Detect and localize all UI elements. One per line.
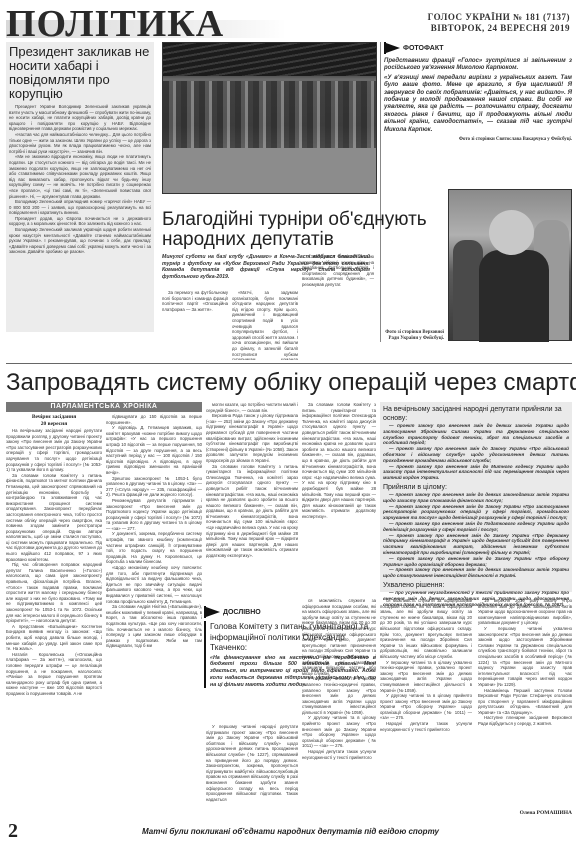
paragraph: ся можливість служити за офіцерськими по…	[380, 598, 472, 660]
paragraph: На вечірньому засіданні народні депутати…	[6, 428, 102, 473]
paragraph: Президент додав, що Європа починається н…	[9, 216, 151, 227]
decision-item: — проект закону про внесення змін до Под…	[383, 521, 569, 533]
paragraph: «Щодо механізму кешбеку хочу пояснити: д…	[106, 565, 202, 604]
paragraph: «Матчі, за задумом організаторів, були п…	[232, 290, 298, 360]
article-president: Президент закликав не носити хабарі і по…	[6, 42, 154, 332]
divider	[6, 363, 572, 364]
paragraph: У другому читанні та в цілому прийнято п…	[380, 693, 472, 721]
section-title: ПОЛІТИКА	[6, 4, 224, 44]
paragraph: Насамкінець Перший заступник Голови Верх…	[478, 688, 572, 716]
issue-date: ВІВТОРОК, 24 ВЕРЕСНЯ 2019	[428, 23, 570, 34]
rubric-bar: ПАРЛАМЕНТСЬКА ХРОНІКА	[6, 402, 202, 412]
meeting-photo	[448, 189, 572, 341]
paragraph: 19 вересня 2019 року закону «Про внесенн…	[478, 598, 572, 626]
decisions-box: На вечірньому засіданні народні депутати…	[380, 402, 572, 592]
paragraph: Народні депутати також усунули неузгодже…	[302, 749, 376, 760]
article-smartphone-col3b: У першому читанні народні депутати підтр…	[206, 724, 298, 816]
paragraph: могли казати, що потрібно чистити малий …	[206, 402, 298, 413]
paragraph: За перемогу на футбольному полі боролася…	[162, 290, 228, 312]
paragraph: Наступне пленарне засідання Верховної Ра…	[478, 715, 572, 726]
article-smartphone-headline: Запровадять систему обліку операцій чере…	[6, 370, 570, 396]
author-signature: Олена РОМАШИНА	[478, 810, 572, 816]
article-smartphone-col3-cont: За словами голови Комітету з питань гума…	[302, 402, 376, 602]
column-divider	[380, 42, 381, 342]
session-date: 20 вересня	[6, 421, 102, 428]
paragraph: У першому читанні та в цілому ухвалено т…	[380, 660, 472, 694]
article-football-col2: «Матчі, за задумом організаторів, були п…	[232, 290, 298, 360]
paragraph: Рекомендував депутатів підтримати і зако…	[106, 498, 202, 532]
paragraph: Президент України Володимир Зеленський з…	[9, 104, 151, 132]
decision-heading: Ухвалено рішення:	[383, 581, 569, 590]
article-smartphone-col3: могли казати, що потрібно чистити малий …	[206, 402, 298, 602]
fotofakt-box: ФОТОФАКТ Представники фракції «Голос» зу…	[384, 42, 572, 143]
article-president-headline: Президент закликав не носити хабарі і по…	[9, 45, 151, 101]
decision-item: — проект закону про внесення змін до Зак…	[383, 533, 569, 556]
decision-item: — проект закону про внесення змін до Зак…	[383, 504, 569, 521]
football-team-photo	[162, 42, 377, 194]
paragraph: У першому читанні та в цілому ухвалено т…	[302, 676, 376, 715]
article-smartphone-col4: ся можливість служити за офіцерськими по…	[302, 598, 376, 816]
paragraph: За словами Андрія Нікітіна («Батьківщина…	[106, 604, 202, 649]
article-football-credit: Фото зі сторінки Верховної Ради України …	[384, 330, 444, 342]
decision-item: — проект закону про внесення змін до дея…	[383, 492, 569, 504]
decision-item: — проект закону про внесення змін до Зак…	[383, 556, 569, 568]
paragraph: А представник «Батьківщини» Костянтин Бо…	[6, 624, 102, 652]
paragraph: Наталія Королевська («Опозиційна платфор…	[6, 652, 102, 697]
newspaper-name: ГОЛОС УКРАЇНИ № 181 (7137)	[428, 12, 570, 23]
paragraph: Володимир Зеленський закликав українців …	[9, 227, 151, 255]
decisions-intro: На вечірньому засіданні народні депутати…	[383, 405, 569, 423]
paragraph: У другому читанні та в цілому прийнято п…	[302, 715, 376, 749]
article-football-col1: За перемогу на футбольному полі боролася…	[162, 290, 228, 312]
fotofakt-quote: «У в'язниці мені передали вирізки з укра…	[384, 75, 572, 134]
article-football-col3: «Завершився чемпіонат благою справою: зі…	[302, 254, 374, 334]
paragraph: «Настав час для наймасштабнішого челендж…	[9, 132, 151, 154]
photo-caption: Матчі були покликані об'єднати народних …	[142, 827, 439, 836]
page-number: 2	[8, 820, 18, 843]
article-smartphone-col5: 19 вересня 2019 року закону «Про внесенн…	[478, 598, 572, 808]
article-smartphone-col1: На вечірньому засіданні народні депутати…	[6, 428, 102, 816]
decision-item: — проект закону про внесення змін до дея…	[383, 567, 569, 579]
paragraph: У першому читанні народні депутати підтр…	[206, 724, 298, 802]
article-football-headline: Благодійні турніри об'єднують народних д…	[162, 210, 442, 250]
paragraph: У відповідь Д. Гетманцев зауважив, що ко…	[106, 425, 202, 475]
decision-item: — проект закону про внесення змін до Зак…	[383, 446, 569, 463]
decision-item: — проект закону про внесення змін до Мит…	[383, 464, 569, 481]
fotofakt-label: ФОТОФАКТ	[403, 45, 444, 52]
paragraph: У документі, зокрема, передбачено систем…	[106, 531, 202, 565]
paragraph: Народні депутати також усунули неузгодже…	[380, 721, 472, 732]
fotofakt-intro: Представники фракції «Голос» зустрілися …	[384, 58, 572, 73]
paragraph: За словами голови Комітету з питань фіна…	[6, 473, 102, 563]
paragraph: Володимир Зеленський оприлюднив номер «г…	[9, 199, 151, 216]
paragraph: Зрештою законопроект № 1053-1 було ухвал…	[106, 476, 202, 498]
paragraph: За словами голови Комітету з питань гума…	[206, 464, 298, 559]
article-president-body: Президент України Володимир Зеленський з…	[9, 104, 151, 255]
doslidno-label: ДОСЛІВНО	[223, 609, 261, 616]
decision-item: — проект закону про внесення змін до дея…	[383, 423, 569, 446]
whole-heading: Прийняли в цілому:	[383, 483, 569, 492]
flag-icon	[206, 607, 220, 617]
paragraph: За словами голови Комітету з питань гума…	[302, 402, 376, 519]
paragraph: «Ми не зможемо відродити економіку, якщо…	[9, 154, 151, 199]
issue-info: ГОЛОС УКРАЇНИ № 181 (7137) ВІВТОРОК, 24 …	[428, 12, 570, 34]
paragraph: «Завершився чемпіонат благою справою: зі…	[302, 254, 374, 288]
article-smartphone-col2: підвищувати до 150 відсотків за перше по…	[106, 414, 202, 816]
paragraph: підвищувати до 150 відсотків за перше по…	[106, 414, 202, 425]
paragraph: Верховна Рада також у цілому підтримала …	[206, 413, 298, 463]
paragraph: Під час обговорення поправок народний де…	[6, 562, 102, 624]
article-smartphone-col4b: ся можливість служити за офіцерськими по…	[380, 598, 472, 816]
flag-icon	[386, 43, 400, 53]
paragraph: ся можливість служити за офіцерськими по…	[302, 598, 376, 676]
paragraph: У першому читанні ухвалено законопроекти…	[478, 626, 572, 688]
fotofakt-credit: Фото зі сторінки Святослава Вакарчука у …	[384, 137, 572, 143]
